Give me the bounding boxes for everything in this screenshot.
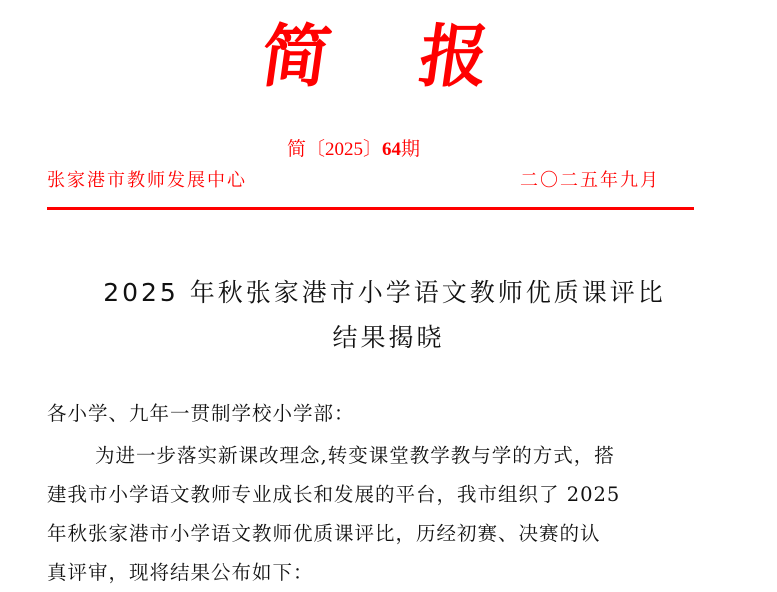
document-title-line-2: 结果揭晓	[0, 318, 777, 358]
paragraph-line: 为进一步落实新课改理念,转变课堂教学教与学的方式，搭	[95, 442, 745, 470]
paragraph-line: 真评审，现将结果公布如下：	[47, 559, 697, 587]
masthead-char-jian: 简	[256, 12, 337, 102]
issue-suffix: 期	[401, 139, 420, 160]
document-title-line-1: 2025 年秋张家港市小学语文教师优质课评比	[0, 273, 773, 313]
masthead-char-bao: 报	[414, 12, 495, 102]
salutation: 各小学、九年一贯制学校小学部：	[47, 400, 697, 428]
issue-num: 64	[382, 139, 401, 160]
issue-date: 二〇二五年九月	[520, 167, 660, 195]
paragraph-line: 年秋张家港市小学语文教师优质课评比，历经初赛、决赛的认	[47, 520, 697, 548]
red-divider	[47, 207, 694, 210]
paragraph-line: 建我市小学语文教师专业成长和发展的平台，我市组织了 2025	[47, 481, 697, 509]
issuing-organization: 张家港市教师发展中心	[47, 167, 247, 195]
issue-prefix: 简〔2025〕	[287, 139, 382, 160]
masthead: 简 报	[0, 12, 777, 102]
issue-number: 简〔2025〕64期	[287, 136, 420, 164]
